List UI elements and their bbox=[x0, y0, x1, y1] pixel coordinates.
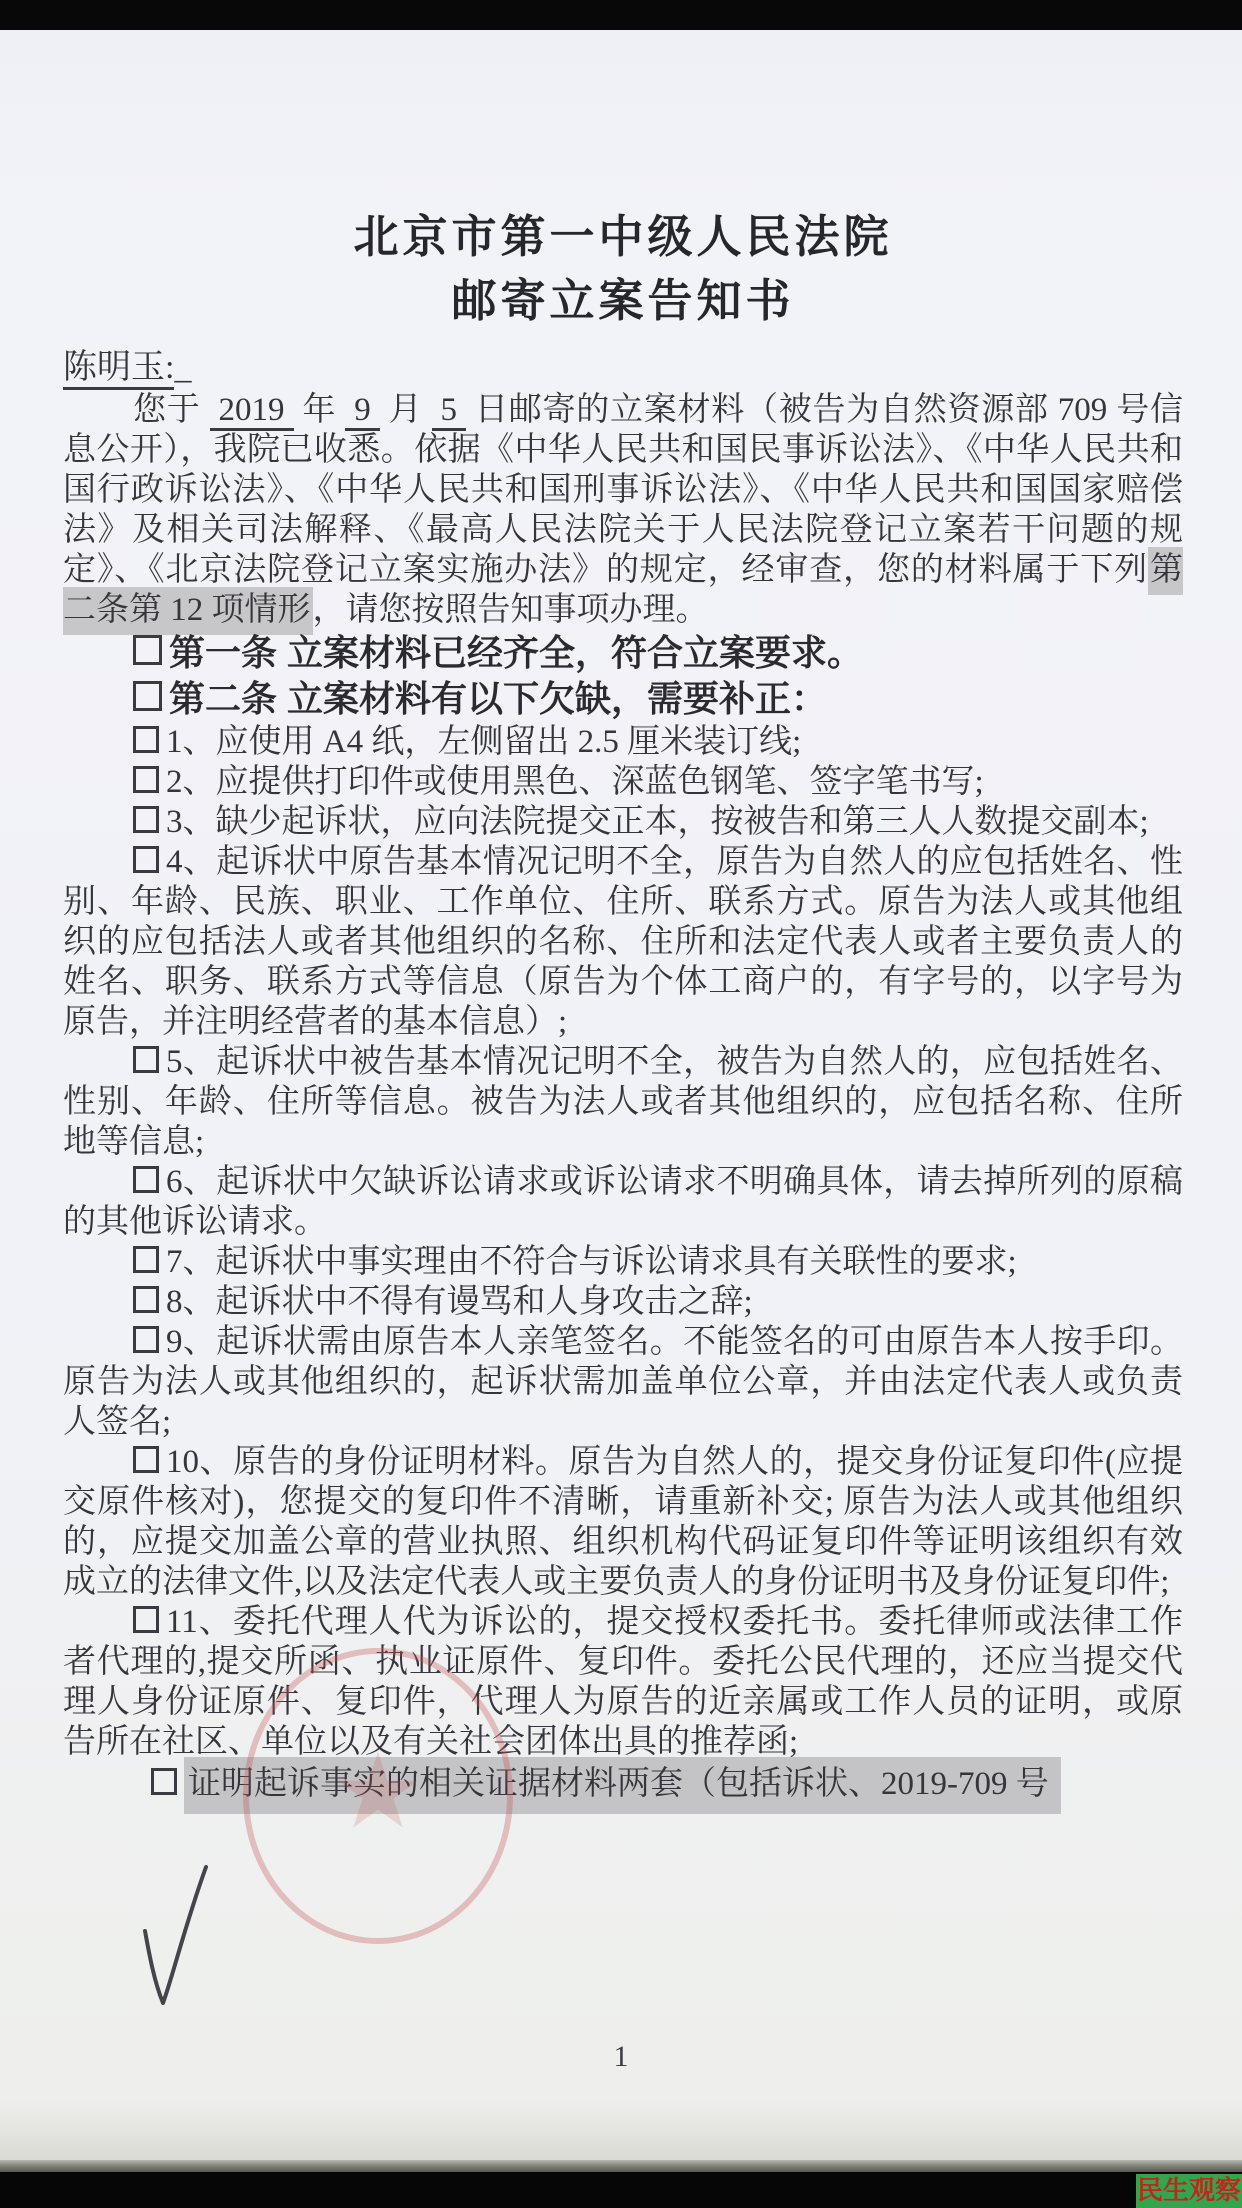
article-1-heading: 第一条 立案材料已经齐全，符合立案要求。 bbox=[63, 630, 1183, 676]
article-2-text: 第二条 立案材料有以下欠缺，需要补正： bbox=[169, 678, 827, 719]
item-text: 起诉状中事实理由不符合与诉讼请求具有关联性的要求; bbox=[216, 1244, 1017, 1280]
filled-day: 5 bbox=[432, 392, 467, 431]
checkbox-icon bbox=[133, 681, 162, 711]
article-2-heading: 第二条 立案材料有以下欠缺，需要补正： bbox=[63, 676, 1183, 722]
article-1-text: 第一条 立案材料已经齐全，符合立案要求。 bbox=[169, 632, 863, 673]
intro-paragraph: 您于 2019 年 9 月 5 日邮寄的立案材料（被告为自然资源部 709 号信… bbox=[63, 390, 1183, 630]
item-number: 2、 bbox=[166, 764, 216, 800]
item-text: 起诉状中被告基本情况记明不全，被告为自然人的，应包括姓名、性别、年龄、住所等信息… bbox=[63, 1044, 1183, 1160]
checklist-item: 2、应提供打印件或使用黑色、深蓝色钢笔、签字笔书写; bbox=[63, 762, 1183, 802]
checkbox-icon bbox=[133, 1606, 159, 1633]
top-letterbox-band bbox=[0, 0, 1242, 30]
checklist-item: 10、原告的身份证明材料。原告为自然人的，提交身份证复印件(应提交原件核对)，您… bbox=[63, 1442, 1183, 1602]
checkbox-icon bbox=[133, 1446, 159, 1473]
item-text: 起诉状需由原告本人亲笔签名。不能签名的可由原告本人按手印。原告为法人或其他组织的… bbox=[63, 1324, 1183, 1440]
item-text: 缺少起诉状，应向法院提交正本，按被告和第三人人数提交副本; bbox=[216, 804, 1149, 840]
item-number: 6、 bbox=[166, 1164, 216, 1200]
evidence-highlight: 证明起诉事实的相关证据材料两套（包括诉状、2019-709 号 bbox=[184, 1757, 1061, 1814]
document-content: 北京市第一中级人民法院 邮寄立案告知书 陈明玉:_ 您于 2019 年 9 月 … bbox=[0, 30, 1242, 1804]
intro-lead: 您于 bbox=[133, 392, 210, 428]
item-number: 1、 bbox=[166, 724, 216, 760]
item-text: 起诉状中欠缺诉讼请求或诉讼请求不明确具体，请去掉所列的原稿的其他诉讼请求。 bbox=[63, 1164, 1183, 1240]
checkbox-icon bbox=[133, 635, 162, 665]
item-number: 3、 bbox=[166, 804, 216, 840]
checklist-item: 9、起诉状需由原告本人亲笔签名。不能签名的可由原告本人按手印。原告为法人或其他组… bbox=[63, 1322, 1183, 1442]
unit-month: 月 bbox=[380, 392, 432, 428]
checkbox-icon bbox=[133, 1166, 159, 1193]
checklist-item: 1、应使用 A4 纸，左侧留出 2.5 厘米装订线; bbox=[63, 722, 1183, 762]
checklist-item: 7、起诉状中事实理由不符合与诉讼请求具有关联性的要求; bbox=[63, 1242, 1183, 1282]
filled-month: 9 bbox=[345, 392, 380, 431]
checkbox-icon bbox=[133, 1286, 159, 1313]
item-number: 11、 bbox=[166, 1604, 233, 1640]
page-number: 1 bbox=[0, 2040, 1242, 2074]
court-name-title: 北京市第一中级人民法院 bbox=[63, 210, 1183, 264]
item-number: 5、 bbox=[166, 1044, 216, 1080]
checkbox-icon bbox=[151, 1768, 177, 1795]
item-text: 起诉状中原告基本情况记明不全，原告为自然人的应包括姓名、性别、年龄、民族、职业、… bbox=[63, 844, 1183, 1040]
checkbox-icon bbox=[133, 1246, 159, 1273]
item-number: 7、 bbox=[166, 1244, 216, 1280]
checklist-item: 11、委托代理人代为诉讼的，提交授权委托书。委托律师或法律工作者代理的,提交所函… bbox=[63, 1602, 1183, 1762]
checkbox-icon bbox=[133, 1046, 159, 1073]
item-number: 9、 bbox=[166, 1324, 216, 1360]
bottom-letterbox-band bbox=[0, 2172, 1242, 2208]
evidence-line: 证明起诉事实的相关证据材料两套（包括诉状、2019-709 号 bbox=[63, 1764, 1183, 1804]
checkbox-icon bbox=[133, 766, 159, 793]
scanned-document-page: 北京市第一中级人民法院 邮寄立案告知书 陈明玉:_ 您于 2019 年 9 月 … bbox=[0, 0, 1242, 2208]
item-number: 4、 bbox=[166, 844, 216, 880]
item-number: 8、 bbox=[166, 1284, 216, 1320]
checklist-item: 5、起诉状中被告基本情况记明不全，被告为自然人的，应包括姓名、性别、年龄、住所等… bbox=[63, 1042, 1183, 1162]
watermark-badge: 民生观察 bbox=[1136, 2174, 1242, 2208]
items-list: 1、应使用 A4 纸，左侧留出 2.5 厘米装订线; 2、应提供打印件或使用黑色… bbox=[63, 722, 1183, 1762]
document-type-title: 邮寄立案告知书 bbox=[63, 274, 1183, 328]
item-text: 应使用 A4 纸，左侧留出 2.5 厘米装订线; bbox=[216, 724, 802, 760]
item-number: 10、 bbox=[166, 1444, 233, 1480]
recipient-line: 陈明玉:_ bbox=[63, 346, 1183, 390]
checklist-item: 4、起诉状中原告基本情况记明不全，原告为自然人的应包括姓名、性别、年龄、民族、职… bbox=[63, 842, 1183, 1042]
recipient-name: 陈明玉: bbox=[63, 349, 174, 390]
recipient-underscore: _ bbox=[174, 349, 191, 386]
filled-year: 2019 bbox=[210, 392, 294, 431]
checkbox-icon bbox=[133, 1326, 159, 1353]
checkbox-icon bbox=[133, 806, 159, 833]
checklist-item: 6、起诉状中欠缺诉讼请求或诉讼请求不明确具体，请去掉所列的原稿的其他诉讼请求。 bbox=[63, 1162, 1183, 1242]
unit-year: 年 bbox=[294, 392, 346, 428]
item-text: 起诉状中不得有谩骂和人身攻击之辞; bbox=[216, 1284, 753, 1320]
checklist-item: 8、起诉状中不得有谩骂和人身攻击之辞; bbox=[63, 1282, 1183, 1322]
checkbox-icon bbox=[133, 846, 159, 873]
intro-tail: ，请您按照告知事项办理。 bbox=[313, 592, 709, 628]
checkbox-icon bbox=[133, 726, 159, 753]
item-text: 应提供打印件或使用黑色、深蓝色钢笔、签字笔书写; bbox=[216, 764, 984, 800]
paper-sheet: 北京市第一中级人民法院 邮寄立案告知书 陈明玉:_ 您于 2019 年 9 月 … bbox=[0, 30, 1242, 2164]
checklist-item: 3、缺少起诉状，应向法院提交正本，按被告和第三人人数提交副本; bbox=[63, 802, 1183, 842]
